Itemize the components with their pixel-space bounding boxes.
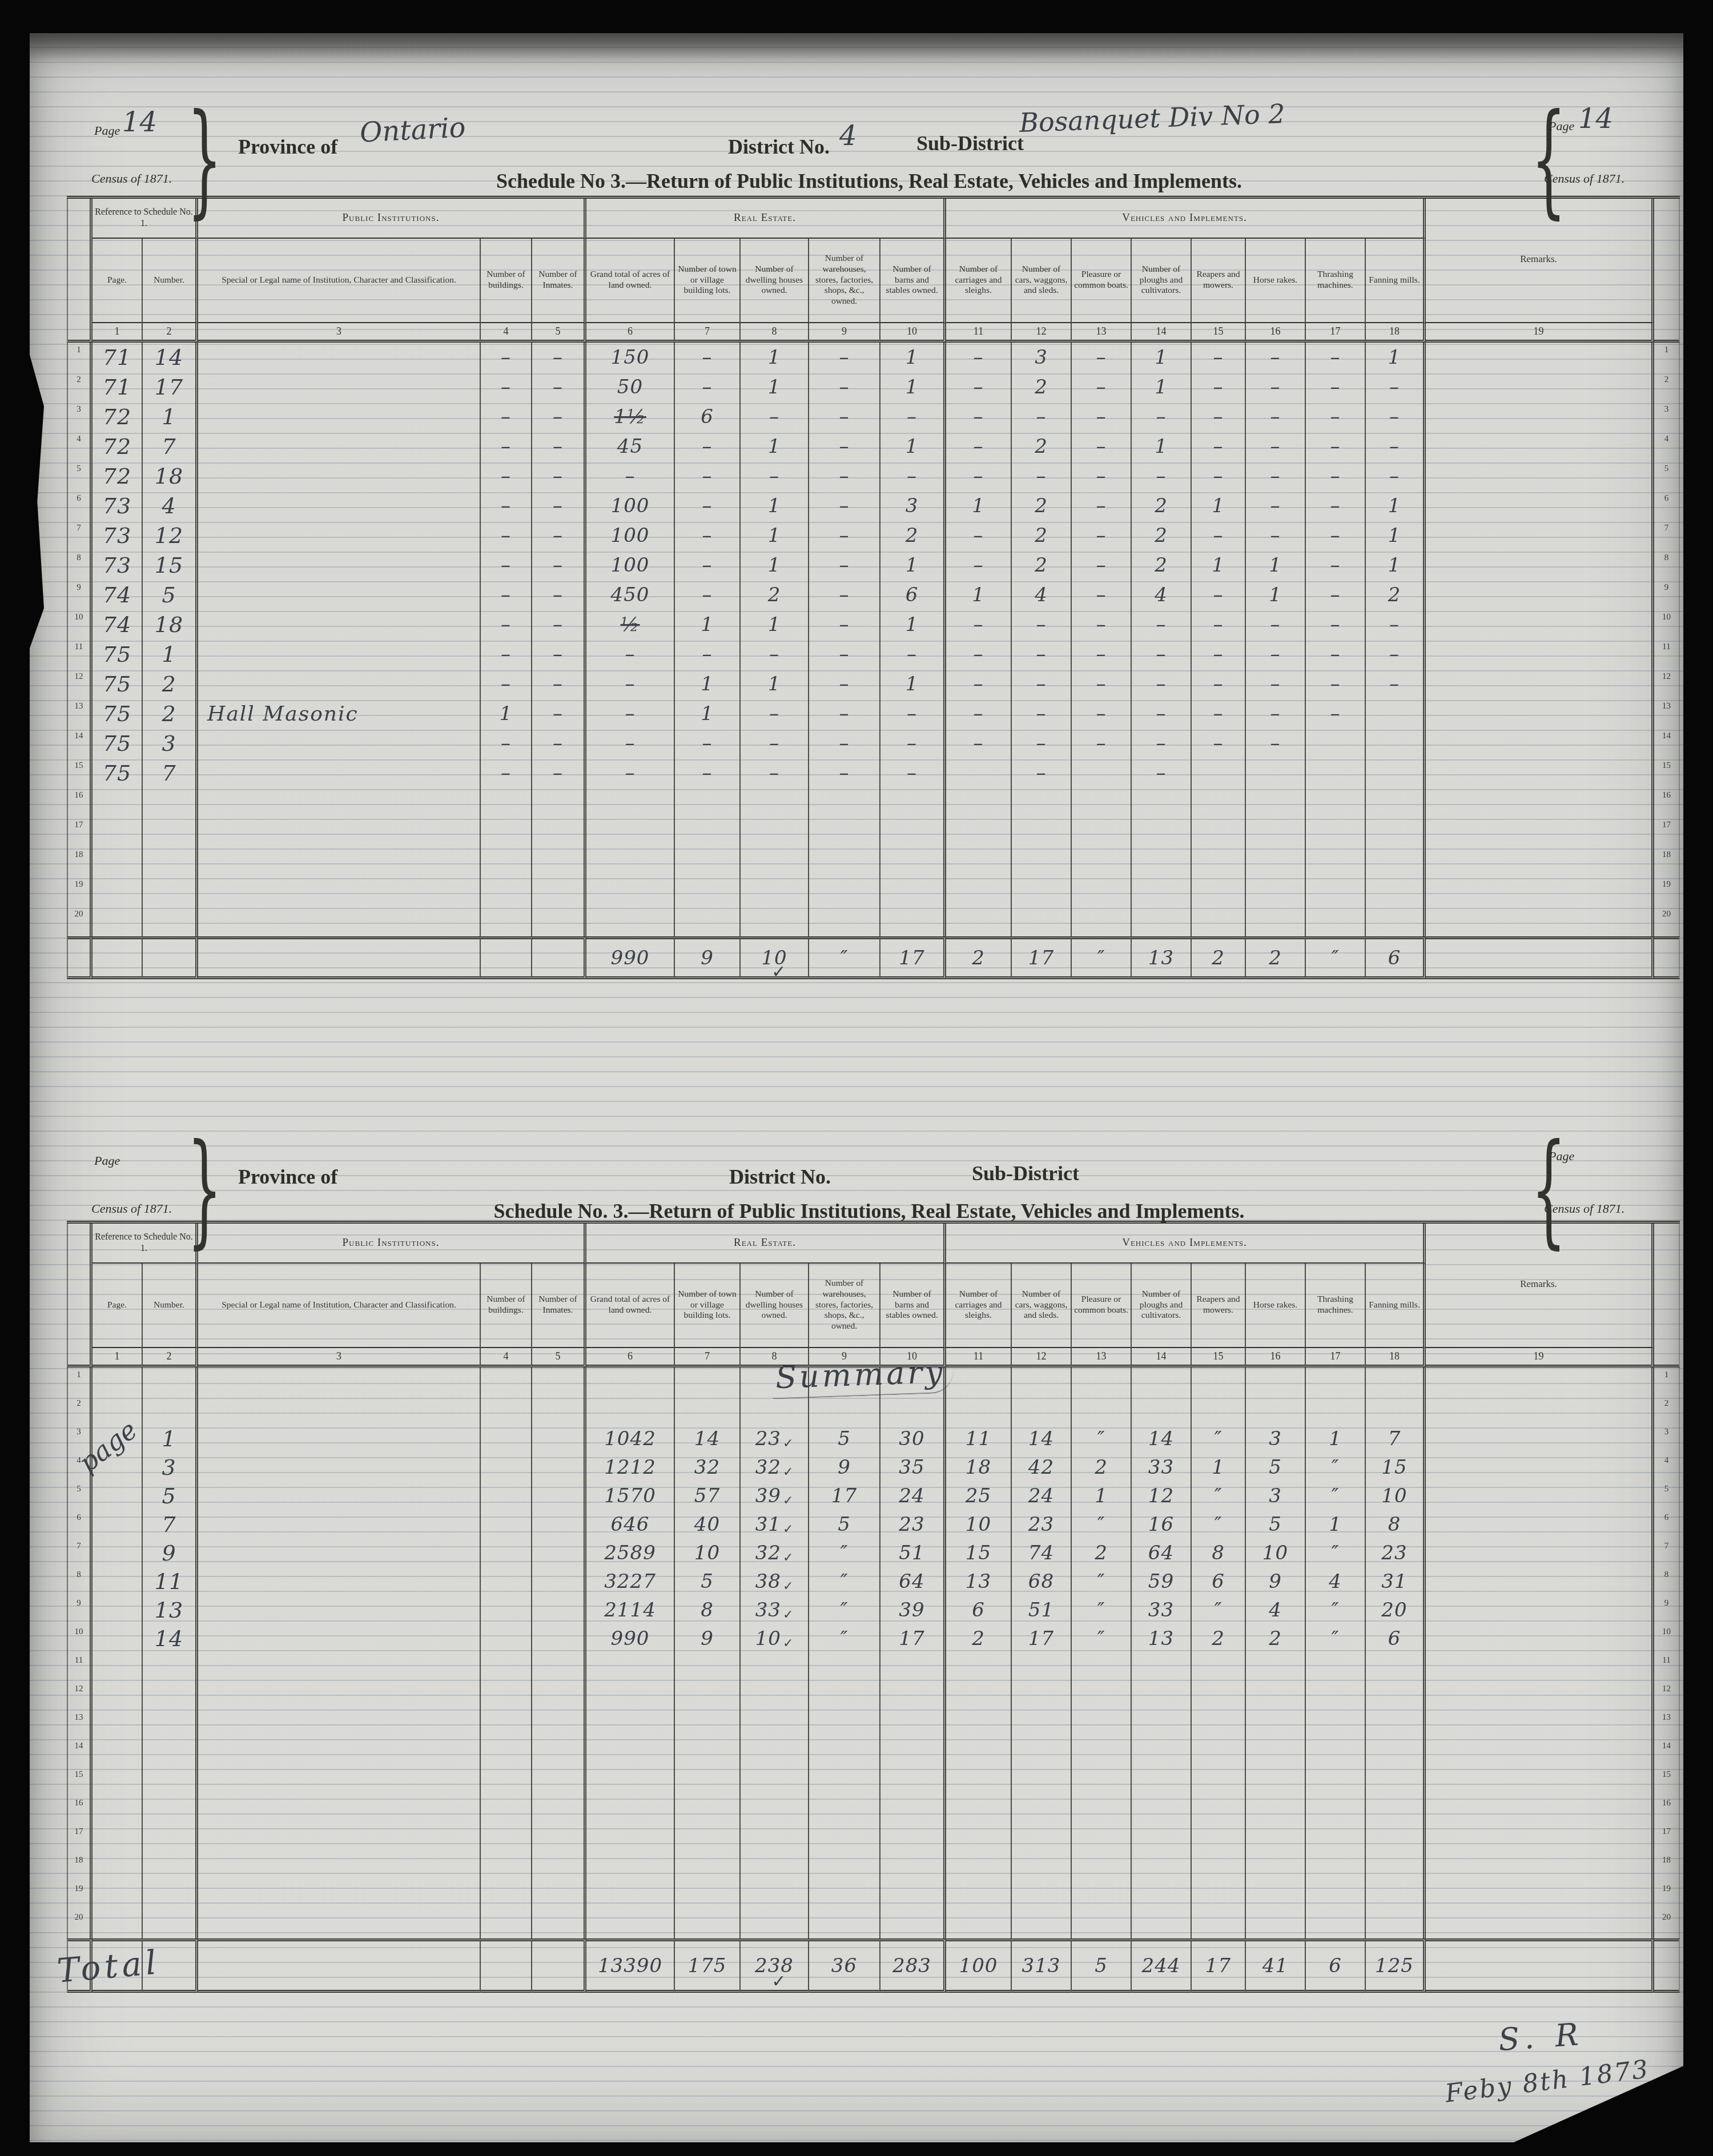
- t1-colnum-9: 9: [809, 323, 880, 343]
- t2-r17-c7: [675, 1824, 741, 1853]
- t1-r14-c10: –: [880, 729, 946, 758]
- t2-r11-c6: [586, 1653, 675, 1682]
- t1-r19-c10: [880, 877, 946, 907]
- t1-handwritten-value: 4: [162, 493, 176, 518]
- t2-r13-c16: [1246, 1710, 1306, 1739]
- t2-r15-c14: [1132, 1767, 1192, 1796]
- t1-handwritten-value: 2: [162, 671, 176, 697]
- t2-r3-c13: ″: [1072, 1425, 1132, 1453]
- t1-r5-c3: [198, 461, 481, 491]
- t1-colnum-6: 6: [586, 323, 675, 343]
- t2-r9-c15: ″: [1192, 1596, 1246, 1624]
- t1-r6-c3: [198, 491, 481, 521]
- t2-handwritten-value: 32: [755, 1542, 781, 1564]
- t1-r1-c2: 14: [143, 343, 198, 372]
- t1-r1-c9: –: [809, 343, 880, 372]
- t1-group-vehicles: Vehicles and Implements.: [946, 199, 1426, 239]
- t2-handwritten-value: 175: [688, 1954, 727, 1977]
- t1-r9-c1: 74: [93, 580, 143, 610]
- t2-total-c7: 175: [675, 1938, 741, 1993]
- t1-handwritten-value: –: [1330, 584, 1341, 606]
- t2-r2-c18: [1366, 1396, 1426, 1425]
- t1-r19-c8: [741, 877, 809, 907]
- t1-r15-c3: [198, 758, 481, 788]
- t2-r12-c14: [1132, 1682, 1192, 1710]
- t2-r5-c1: [93, 1482, 143, 1510]
- t2-r6-c15: ″: [1192, 1510, 1246, 1539]
- t1-r18-c4: [481, 847, 532, 877]
- t1-r3-c18: –: [1366, 402, 1426, 432]
- t1-handwritten-value: –: [1156, 673, 1167, 695]
- t2-handwritten-value: 31: [755, 1513, 781, 1536]
- t2-r12-c7: [675, 1682, 741, 1710]
- t2-r10-c19: [1426, 1624, 1654, 1653]
- t1-r9-c9: –: [809, 580, 880, 610]
- t2-r17-c9: [809, 1824, 880, 1853]
- t1-r20-c10: [880, 907, 946, 936]
- t1-r9-c19: [1426, 580, 1654, 610]
- t2-handwritten-value: 13: [1148, 1627, 1174, 1650]
- t2-handwritten-value: 25: [966, 1485, 991, 1507]
- t1-gutter: [67, 239, 93, 323]
- t2-r4-c2: 3: [143, 1453, 198, 1482]
- t2-total-c9: 36: [809, 1938, 880, 1993]
- t1-r13-c14: –: [1132, 699, 1192, 729]
- t2-r6-c6: 646: [586, 1510, 675, 1539]
- t2-handwritten-value: 17: [899, 1627, 924, 1650]
- schedule3-table-page1: Reference to Schedule No. 1.Public Insti…: [67, 196, 1680, 979]
- t1-handwritten-value: –: [839, 494, 850, 517]
- t1-r13-c9: –: [809, 699, 880, 729]
- t2-header-col18: Fanning mills.: [1366, 1264, 1426, 1348]
- t1-handwritten-value: –: [974, 613, 984, 636]
- t2-r5-c15: ″: [1192, 1482, 1246, 1510]
- t2-r11-c14: [1132, 1653, 1192, 1682]
- t2-handwritten-value: 23: [1381, 1542, 1407, 1564]
- t1-r9-c5: –: [532, 580, 586, 610]
- t2-handwritten-value: 2589: [604, 1542, 656, 1564]
- t1-handwritten-value: –: [1330, 702, 1341, 725]
- t2-colnum-6: 6: [586, 1348, 675, 1367]
- subdistrict-label: Sub-District: [972, 1161, 1079, 1185]
- t2-r4-c14: 33: [1132, 1453, 1192, 1482]
- t1-r9-c10: 6: [880, 580, 946, 610]
- t2-handwritten-value: 1: [1212, 1456, 1225, 1479]
- t1-handwritten-value: –: [625, 702, 636, 725]
- t2-handwritten-value: 990: [611, 1627, 650, 1650]
- t1-handwritten-value: –: [1330, 554, 1341, 577]
- census-label-right: Census of 1871.: [1544, 1201, 1624, 1216]
- t1-r11-c1: 75: [93, 639, 143, 669]
- t2-handwritten-value: 2: [1095, 1542, 1108, 1564]
- t2-r6-c7: 40: [675, 1510, 741, 1539]
- t1-handwritten-value: 450: [611, 584, 650, 606]
- t2-r6-c11: 10: [946, 1510, 1012, 1539]
- t1-r4-c18: –: [1366, 432, 1426, 461]
- t1-r11-c3: [198, 639, 481, 669]
- t1-r6-c19: [1426, 491, 1654, 521]
- t2-r8-c10: 64: [880, 1567, 946, 1596]
- t1-handwritten-value: –: [1270, 524, 1281, 547]
- t2-r9-c17: ″: [1306, 1596, 1366, 1624]
- t2-r10-c10: 17: [880, 1624, 946, 1653]
- t2-handwritten-value: ″: [1332, 1456, 1340, 1479]
- t1-r12-c7: 1: [675, 669, 741, 699]
- t1-handwritten-value: –: [974, 346, 984, 369]
- t2-r16-c15: [1192, 1796, 1246, 1824]
- t1-r11-c7: –: [675, 639, 741, 669]
- t1-rownum-right-14: 14: [1654, 729, 1680, 758]
- t2-total-c4: [481, 1938, 532, 1993]
- t1-r8-c1: 73: [93, 550, 143, 580]
- t1-r2-c18: –: [1366, 372, 1426, 402]
- t2-header-col12: Number of cars, waggons, and sleds.: [1012, 1264, 1072, 1348]
- t1-handwritten-value: –: [839, 762, 850, 785]
- t2-r5-c18: 10: [1366, 1482, 1426, 1510]
- t2-r15-c12: [1012, 1767, 1072, 1796]
- t1-r7-c13: –: [1072, 521, 1132, 550]
- t1-handwritten-value: –: [1096, 524, 1107, 547]
- t1-handwritten-value: 72: [103, 434, 131, 459]
- t2-total-c11: 100: [946, 1938, 1012, 1993]
- t2-r18-c3: [198, 1853, 481, 1881]
- t2-r6-c9: 5: [809, 1510, 880, 1539]
- t1-handwritten-value: 1: [1155, 346, 1168, 369]
- t1-handwritten-value: –: [769, 762, 779, 785]
- t1-r1-c15: –: [1192, 343, 1246, 372]
- t1-r16-c16: [1246, 788, 1306, 818]
- t1-r19-c16: [1246, 877, 1306, 907]
- t2-r7-c17: ″: [1306, 1539, 1366, 1567]
- t1-total-c8: 10✓: [741, 936, 809, 979]
- t2-r8-c7: 5: [675, 1567, 741, 1596]
- t1-r10-c19: [1426, 610, 1654, 639]
- t2-r10-c14: 13: [1132, 1624, 1192, 1653]
- t1-r2-c2: 17: [143, 372, 198, 402]
- t1-handwritten-value: –: [907, 643, 917, 666]
- t1-r10-c14: –: [1132, 610, 1192, 639]
- t1-r19-c7: [675, 877, 741, 907]
- t1-handwritten-value: –: [553, 554, 563, 577]
- t1-handwritten-value: 3: [162, 731, 176, 756]
- t1-header-col7: Number of town or village building lots.: [675, 239, 741, 323]
- t2-handwritten-value: 10: [1381, 1485, 1407, 1507]
- t1-handwritten-value: –: [553, 435, 563, 458]
- t1-handwritten-value: –: [1096, 643, 1107, 666]
- t1-handwritten-value: 2: [1155, 494, 1168, 517]
- t1-handwritten-value: –: [702, 524, 713, 547]
- t2-r5-c16: 3: [1246, 1482, 1306, 1510]
- t1-r14-c6: –: [586, 729, 675, 758]
- t1-r11-c14: –: [1132, 639, 1192, 669]
- t1-colnum-2: 2: [143, 323, 198, 343]
- t2-r19-c5: [532, 1881, 586, 1910]
- t1-colnum-17: 17: [1306, 323, 1366, 343]
- t1-r17-c3: [198, 818, 481, 847]
- t2-total-c8: 238✓: [741, 1938, 809, 1993]
- t2-r3-c4: [481, 1425, 532, 1453]
- t1-r3-c11: –: [946, 402, 1012, 432]
- t1-r17-c8: [741, 818, 809, 847]
- t1-r3-c10: –: [880, 402, 946, 432]
- t1-handwritten-value: –: [907, 702, 917, 725]
- page-edge-tear: [29, 353, 44, 650]
- t2-r13-c9: [809, 1710, 880, 1739]
- t1-handwritten-value: –: [553, 494, 563, 517]
- t2-gutter: [67, 1264, 93, 1348]
- t1-handwritten-value: –: [907, 732, 917, 755]
- t1-handwritten-value: –: [501, 346, 511, 369]
- t1-handwritten-value: 2: [1035, 435, 1048, 458]
- t1-handwritten-value: –: [907, 465, 917, 488]
- t2-gutter: [67, 1348, 93, 1367]
- t2-r5-c9: 17: [809, 1482, 880, 1510]
- t1-total-c18: 6: [1366, 936, 1426, 979]
- t1-r10-c5: –: [532, 610, 586, 639]
- t2-r1-c11: [946, 1367, 1012, 1396]
- t2-r3-c6: 1042: [586, 1425, 675, 1453]
- t1-handwritten-value: –: [625, 643, 636, 666]
- t1-r4-c12: 2: [1012, 432, 1072, 461]
- t1-r6-c8: 1: [741, 491, 809, 521]
- t1-colnum-10: 10: [880, 323, 946, 343]
- t1-handwritten-value: –: [1389, 435, 1400, 458]
- t2-r8-c8: 38✓: [741, 1567, 809, 1596]
- t2-handwritten-value: 23: [755, 1427, 781, 1450]
- t1-handwritten-value: –: [1096, 554, 1107, 577]
- t1-handwritten-value: 17: [1028, 947, 1054, 970]
- t1-r15-c4: –: [481, 758, 532, 788]
- t1-header-col5: Number of Inmates.: [532, 239, 586, 323]
- t2-r4-c3: [198, 1453, 481, 1482]
- t1-r10-c3: [198, 610, 481, 639]
- t2-colnum-2: 2: [143, 1348, 198, 1367]
- t1-r20-c17: [1306, 907, 1366, 936]
- t2-r2-c3: [198, 1396, 481, 1425]
- t1-handwritten-value: –: [839, 376, 850, 399]
- t2-r20-c14: [1132, 1910, 1192, 1938]
- t1-handwritten-value: 50: [617, 376, 643, 399]
- t2-r11-c2: [143, 1653, 198, 1682]
- t2-handwritten-value: 9: [701, 1627, 714, 1650]
- t1-handwritten-value: 6: [1388, 947, 1401, 970]
- t2-r16-c6: [586, 1796, 675, 1824]
- t2-r8-c3: [198, 1567, 481, 1596]
- t1-handwritten-value: 71: [103, 345, 131, 370]
- t1-handwritten-value: Hall Masonic: [207, 702, 359, 726]
- t2-r14-c19: [1426, 1739, 1654, 1767]
- t2-r18-c1: [93, 1853, 143, 1881]
- t2-handwritten-value: ″: [1332, 1485, 1340, 1507]
- t2-r6-c18: 8: [1366, 1510, 1426, 1539]
- t2-r16-c2: [143, 1796, 198, 1824]
- t1-r16-c8: [741, 788, 809, 818]
- t1-handwritten-value: 2: [1035, 554, 1048, 577]
- t2-rownum-right-2: 2: [1654, 1396, 1680, 1425]
- t1-handwritten-value: 45: [617, 435, 643, 458]
- t2-colnum-1: 1: [93, 1348, 143, 1367]
- t1-r3-c7: 6: [675, 402, 741, 432]
- t2-r18-c17: [1306, 1853, 1366, 1881]
- t2-r19-c15: [1192, 1881, 1246, 1910]
- t1-colnum-15: 15: [1192, 323, 1246, 343]
- t1-r17-c10: [880, 818, 946, 847]
- t1-handwritten-value: –: [1096, 732, 1107, 755]
- t2-r2-c9: [809, 1396, 880, 1425]
- t1-r12-c8: 1: [741, 669, 809, 699]
- t1-r7-c19: [1426, 521, 1654, 550]
- t2-r20-c6: [586, 1910, 675, 1938]
- t1-colnum-16: 16: [1246, 323, 1306, 343]
- t2-r8-c17: 4: [1306, 1567, 1366, 1596]
- t1-r3-c12: –: [1012, 402, 1072, 432]
- t1-handwritten-value: –: [839, 554, 850, 577]
- checkmark-icon: ✓: [783, 1436, 793, 1451]
- t2-r5-c19: [1426, 1482, 1654, 1510]
- t1-handwritten-value: 1: [768, 613, 781, 636]
- t2-r17-c5: [532, 1824, 586, 1853]
- t1-handwritten-value: –: [1270, 346, 1281, 369]
- t1-r2-c19: [1426, 372, 1654, 402]
- t1-handwritten-value: –: [553, 732, 563, 755]
- t2-r3-c15: ″: [1192, 1425, 1246, 1453]
- t2-r17-c18: [1366, 1824, 1426, 1853]
- t2-handwritten-value: 10: [1262, 1542, 1288, 1564]
- t2-handwritten-value: ″: [1332, 1599, 1340, 1622]
- t2-r2-c7: [675, 1396, 741, 1425]
- t2-total-c5: [532, 1938, 586, 1993]
- t1-handwritten-value: –: [501, 554, 511, 577]
- t2-r15-c8: [741, 1767, 809, 1796]
- t1-r2-c11: –: [946, 372, 1012, 402]
- t2-r13-c18: [1366, 1710, 1426, 1739]
- t2-r19-c7: [675, 1881, 741, 1910]
- t2-handwritten-value: 10: [694, 1542, 720, 1564]
- t1-handwritten-value: –: [1389, 465, 1400, 488]
- t2-r10-c3: [198, 1624, 481, 1653]
- t2-r15-c6: [586, 1767, 675, 1796]
- t1-r5-c10: –: [880, 461, 946, 491]
- t1-handwritten-value: –: [1156, 465, 1167, 488]
- t2-r20-c18: [1366, 1910, 1426, 1938]
- t2-r6-c10: 23: [880, 1510, 946, 1539]
- t1-handwritten-value: 1: [500, 702, 513, 725]
- t2-handwritten-value: 6: [972, 1599, 985, 1622]
- t1-group-real-estate: Real Estate.: [586, 199, 946, 239]
- t2-handwritten-value: 64: [1148, 1542, 1174, 1564]
- t1-colnum-14: 14: [1132, 323, 1192, 343]
- t1-r9-c14: 4: [1132, 580, 1192, 610]
- t2-r9-c8: 33✓: [741, 1596, 809, 1624]
- t2-r6-c2: 7: [143, 1510, 198, 1539]
- checkmark-icon: ✓: [783, 1579, 793, 1594]
- t2-r1-c7: [675, 1367, 741, 1396]
- t2-handwritten-value: ″: [1097, 1627, 1105, 1650]
- t2-r8-c16: 9: [1246, 1567, 1306, 1596]
- census-label: Census of 1871.: [91, 171, 172, 186]
- t2-r5-c7: 57: [675, 1482, 741, 1510]
- t1-r8-c17: –: [1306, 550, 1366, 580]
- t1-r1-c13: –: [1072, 343, 1132, 372]
- t1-r5-c18: –: [1366, 461, 1426, 491]
- t2-r11-c17: [1306, 1653, 1366, 1682]
- t2-rownum-right-20: 20: [1654, 1910, 1680, 1938]
- t2-rownum-left-6: 6: [67, 1510, 93, 1539]
- t2-r13-c7: [675, 1710, 741, 1739]
- t2-r3-c18: 7: [1366, 1425, 1426, 1453]
- t1-r7-c7: –: [675, 521, 741, 550]
- t2-header-col3: Special or Legal name of Institution, Ch…: [198, 1264, 481, 1348]
- t1-r5-c14: –: [1132, 461, 1192, 491]
- t1-handwritten-value: –: [702, 732, 713, 755]
- t1-r10-c2: 18: [143, 610, 198, 639]
- t2-r3-c7: 14: [675, 1425, 741, 1453]
- t1-handwritten-value: –: [501, 584, 511, 606]
- t1-handwritten-value: –: [1156, 762, 1167, 785]
- t1-handwritten-value: –: [501, 376, 511, 399]
- t2-r5-c13: 1: [1072, 1482, 1132, 1510]
- t1-header-col14: Number of ploughs and cultivators.: [1132, 239, 1192, 323]
- t1-handwritten-value: 7: [162, 434, 176, 459]
- t1-group-institutions: Public Institutions.: [198, 199, 586, 239]
- t2-handwritten-value: 24: [899, 1485, 924, 1507]
- checkmark-icon: ✓: [783, 1550, 793, 1565]
- t1-handwritten-value: –: [501, 613, 511, 636]
- t1-r16-c11: [946, 788, 1012, 818]
- t1-gutter: [1654, 199, 1680, 239]
- t2-r7-c16: 10: [1246, 1539, 1306, 1567]
- t1-handwritten-value: –: [1270, 613, 1281, 636]
- t1-handwritten-value: –: [1330, 643, 1341, 666]
- t1-handwritten-value: 1: [1388, 524, 1401, 547]
- t2-r15-c9: [809, 1767, 880, 1796]
- t1-gutter: [1654, 936, 1680, 979]
- t1-r18-c17: [1306, 847, 1366, 877]
- t1-r17-c17: [1306, 818, 1366, 847]
- t2-handwritten-value: 2114: [604, 1599, 656, 1622]
- t1-r17-c7: [675, 818, 741, 847]
- district-label: District No.: [728, 135, 830, 159]
- t2-colnum-18: 18: [1366, 1348, 1426, 1367]
- t1-r15-c12: –: [1012, 758, 1072, 788]
- t1-handwritten-value: –: [1330, 376, 1341, 399]
- t2-r9-c14: 33: [1132, 1596, 1192, 1624]
- t1-r4-c1: 72: [93, 432, 143, 461]
- t1-handwritten-value: –: [1213, 643, 1224, 666]
- t2-r3-c3: [198, 1425, 481, 1453]
- t1-r12-c5: –: [532, 669, 586, 699]
- t2-r18-c10: [880, 1853, 946, 1881]
- t1-r15-c1: 75: [93, 758, 143, 788]
- t1-rownum-right-17: 17: [1654, 818, 1680, 847]
- t1-rownum-left-2: 2: [67, 372, 93, 402]
- t1-handwritten-value: 1½: [614, 405, 646, 428]
- t2-r16-c9: [809, 1796, 880, 1824]
- t2-r8-c9: ″: [809, 1567, 880, 1596]
- t2-r20-c5: [532, 1910, 586, 1938]
- t1-r2-c1: 71: [93, 372, 143, 402]
- t1-r19-c11: [946, 877, 1012, 907]
- t1-handwritten-value: 1: [1388, 494, 1401, 517]
- t1-r12-c10: 1: [880, 669, 946, 699]
- t1-r11-c5: –: [532, 639, 586, 669]
- district-number-handwritten: 4: [839, 120, 857, 152]
- t2-r19-c19: [1426, 1881, 1654, 1910]
- schedule-title: Schedule No. 3.—Return of Public Institu…: [441, 1199, 1297, 1223]
- t1-handwritten-value: –: [1330, 405, 1341, 428]
- t1-r1-c10: 1: [880, 343, 946, 372]
- t1-rownum-right-3: 3: [1654, 402, 1680, 432]
